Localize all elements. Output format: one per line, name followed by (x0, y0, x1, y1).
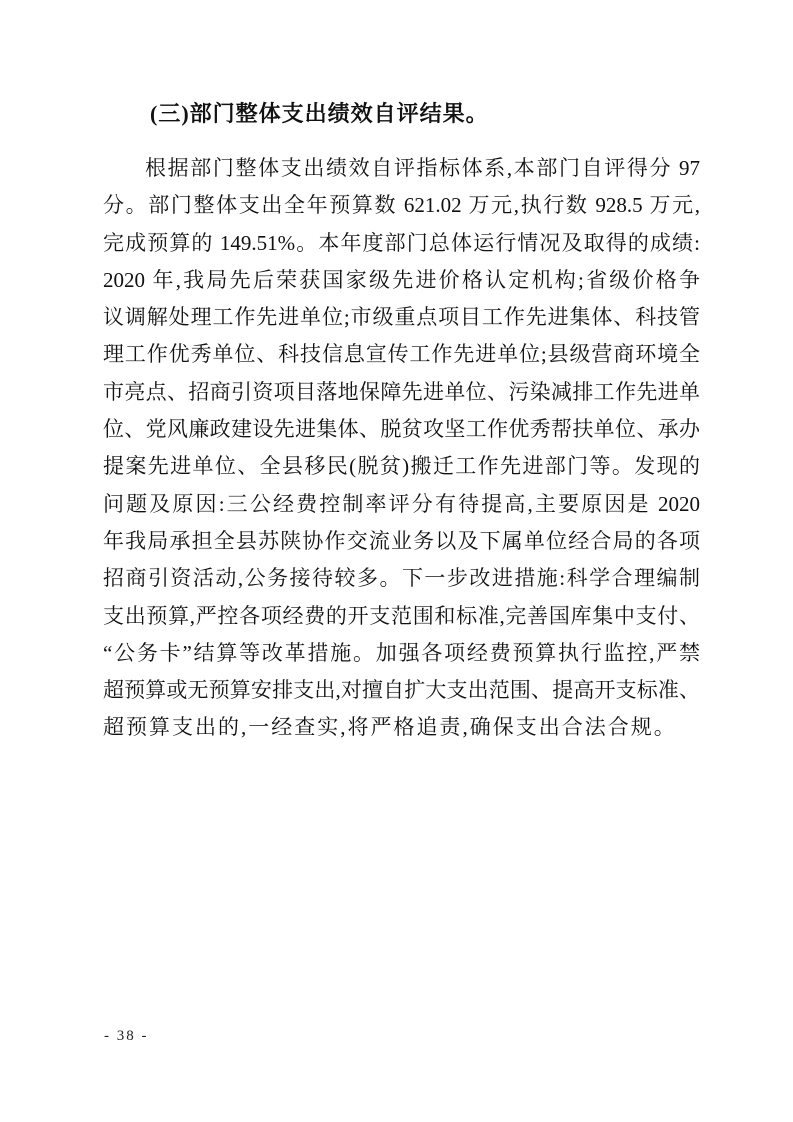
document-content: (三)部门整体支出绩效自评结果。 根据部门整体支出绩效自评指标体系,本部门自评得… (103, 96, 700, 747)
paragraph-line: 议调解处理工作先进单位;市级重点项目工作先进集体、科技管 (103, 299, 700, 336)
paragraph-line: 支出预算,严控各项经费的开支范围和标准,完善国库集中支付、 (103, 598, 700, 635)
paragraph-line: 市亮点、招商引资项目落地保障先进单位、污染减排工作先进单 (103, 374, 700, 411)
page-number: - 38 - (104, 1028, 149, 1045)
paragraph-line: 超预算支出的,一经查实,将严格追责,确保支出合法合规。 (103, 709, 700, 746)
paragraph-line: “公务卡”结算等改革措施。加强各项经费预算执行监控,严禁 (103, 635, 700, 672)
paragraph-line: 理工作优秀单位、科技信息宣传工作先进单位;县级营商环境全 (103, 336, 700, 373)
paragraph-line: 位、党风廉政建设先进集体、脱贫攻坚工作优秀帮扶单位、承办 (103, 411, 700, 448)
document-page: (三)部门整体支出绩效自评结果。 根据部门整体支出绩效自评指标体系,本部门自评得… (0, 0, 793, 1122)
paragraph-line: 提案先进单位、全县移民(脱贫)搬迁工作先进部门等。发现的 (103, 448, 700, 485)
paragraph-line: 分。部门整体支出全年预算数 621.02 万元,执行数 928.5 万元, (103, 187, 700, 224)
paragraph-line: 2020 年,我局先后荣获国家级先进价格认定机构;省级价格争 (103, 262, 700, 299)
paragraph-line: 招商引资活动,公务接待较多。下一步改进措施:科学合理编制 (103, 560, 700, 597)
section-heading: (三)部门整体支出绩效自评结果。 (103, 96, 700, 150)
paragraph-line: 问题及原因:三公经费控制率评分有待提高,主要原因是 2020 (103, 486, 700, 523)
paragraph-line: 根据部门整体支出绩效自评指标体系,本部门自评得分 97 (103, 150, 700, 187)
paragraph-line: 完成预算的 149.51%。本年度部门总体运行情况及取得的成绩: (103, 225, 700, 262)
paragraph-line: 年我局承担全县苏陕协作交流业务以及下属单位经合局的各项 (103, 523, 700, 560)
paragraph-line: 超预算或无预算安排支出,对擅自扩大支出范围、提高开支标准、 (103, 672, 700, 709)
